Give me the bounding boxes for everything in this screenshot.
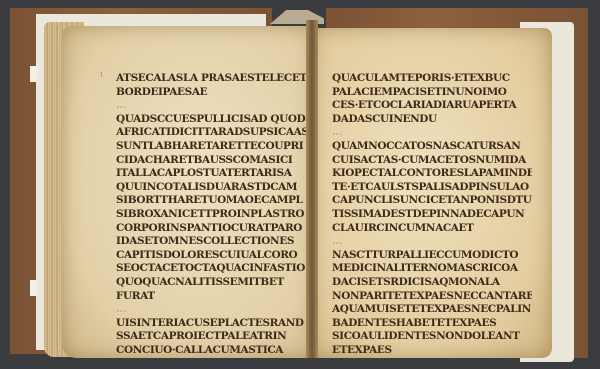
manuscript-line: CUISACTAS·CUMACETOSNUMIDA (332, 154, 532, 168)
paper-tab-lower (30, 280, 38, 296)
manuscript-line: BORDEIPAESAE (116, 86, 306, 100)
manuscript-line: SICOAULIDENTESNONDOLEANT (332, 330, 532, 344)
paper-tab-upper (30, 66, 38, 82)
manuscript-line: SIBORTTHARETUOMAOECAMPL (116, 194, 306, 208)
manuscript-line: TE·ETCAULSTSPALISADPINSULAO (332, 181, 532, 195)
manuscript-line: IDASETOMNESCOLLECTIONES (116, 235, 306, 249)
manuscript-line: CAPITISDOLORESCUIUALCORO (116, 249, 306, 263)
book-gutter (306, 20, 318, 358)
manuscript-line: NONPARITETEXPAESNECCANTARE (332, 290, 532, 304)
right-page-text: QUACULAMTEPORIS·ETEXBUCPALACIEMPACISETIN… (332, 72, 532, 357)
manuscript-line: TISSIMADESTDEPINNADECAPUN (332, 208, 532, 222)
manuscript-line: … (116, 99, 306, 113)
manuscript-line: QUOQUACNALITISSEMITBET (116, 276, 306, 290)
manuscript-line: CLAUIRCINCUMNACAET (332, 222, 532, 236)
manuscript-line: ATSECALASLA PRASAESTELECETODO (116, 72, 306, 86)
manuscript-line: SEOCTACETOCTAQUACINFASTIO (116, 262, 306, 276)
manuscript-line: CONCIUO·CALLACUMASTICA (116, 344, 306, 358)
margin-mark: ι (100, 70, 104, 80)
manuscript-line: QUUINCOTALISDUARASTDCAM (116, 181, 306, 195)
manuscript-line: CIDACHARETBAUSSCOMASICI (116, 154, 306, 168)
manuscript-line: QUADSCCUESPULLICISAD QUOD (116, 113, 306, 127)
manuscript-line: QUAMNOCCATOSNASCATURSAN (332, 140, 532, 154)
manuscript-line: FURAT (116, 290, 306, 304)
manuscript-line: ITALLACAPLOSTUATERTARISA (116, 167, 306, 181)
left-page-text: ATSECALASLA PRASAESTELECETODOBORDEIPAESA… (116, 72, 306, 357)
manuscript-line: NASCTTURPALLIECCUMODICTO (332, 249, 532, 263)
manuscript-line: CAPUNCLISUNCICETANPONISDTU (332, 194, 532, 208)
manuscript-line: … (332, 126, 532, 140)
manuscript-line: … (116, 303, 306, 317)
manuscript-line: SSAETCAPROIECTPALEATRIN (116, 330, 306, 344)
manuscript-line: DACISETSRDICISAQMONALA (332, 276, 532, 290)
manuscript-line: SIBROXANICETTPROINPLASTRO (116, 208, 306, 222)
manuscript-line: … (332, 235, 532, 249)
manuscript-line: CORPORINSPANTIOCURATPARO (116, 222, 306, 236)
manuscript-line: AQUAMUISETETEXPAESNECPALIN (332, 303, 532, 317)
manuscript-line: PALACIEMPACISETINUNOIMO (332, 86, 532, 100)
manuscript-line: KIOPECTALCONTORESLAPAMINDEN (332, 167, 532, 181)
manuscript-line: MEDICINALITERNOMASCRICOA (332, 262, 532, 276)
manuscript-line: QUACULAMTEPORIS·ETEXBUC (332, 72, 532, 86)
manuscript-line: DADASCUINENDU (332, 113, 532, 127)
manuscript-line: AFRICATIDICITTARADSUPSICAAS (116, 126, 306, 140)
manuscript-line: CES·ETCOCLARIADIARUAPERTA (332, 99, 532, 113)
manuscript-line: SUNTLABHARETARETTECOUPRI (116, 140, 306, 154)
manuscript-line: ETEXPAES (332, 344, 532, 358)
manuscript-line: UISINTERIACUSEPLACTESRAND (116, 317, 306, 331)
manuscript-line: BADENTESHABETETEXPAES (332, 317, 532, 331)
